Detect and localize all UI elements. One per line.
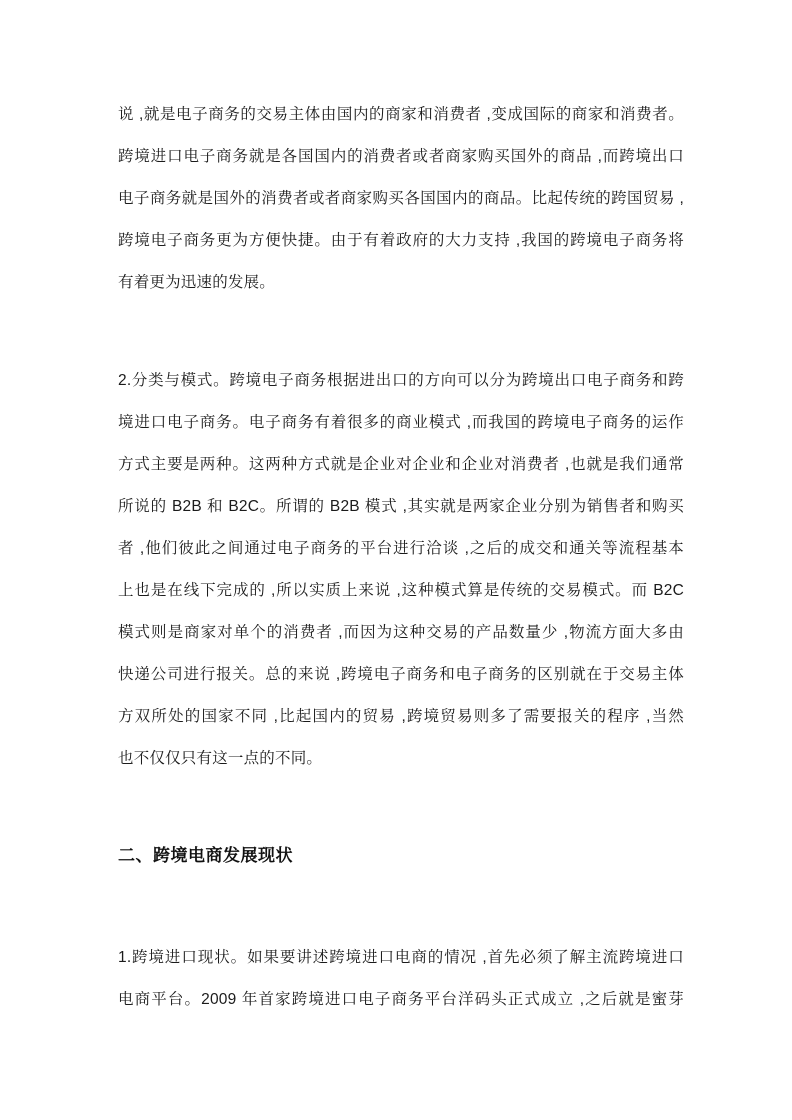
text-line: 跨境电子商务更为方便快捷。由于有着政府的大力支持 ,我国的跨境电子商务将 [118, 220, 684, 262]
text-line: 跨境进口电子商务就是各国国内的消费者或者商家购买国外的商品 ,而跨境出口 [118, 136, 684, 178]
text-line: 所说的 B2B 和 B2C。所谓的 B2B 模式 ,其实就是两家企业分别为销售者… [118, 486, 684, 528]
paragraph-import-status: 1.跨境进口现状。如果要讲述跨境进口电商的情况 ,首先必须了解主流跨境进口电商平… [118, 937, 684, 1021]
text-line: 上也是在线下完成的 ,所以实质上来说 ,这种模式算是传统的交易模式。而 B2C [118, 570, 684, 612]
text-line: 说 ,就是电子商务的交易主体由国内的商家和消费者 ,变成国际的商家和消费者。 [118, 94, 684, 136]
text-line: 方双所处的国家不同 ,比起国内的贸易 ,跨境贸易则多了需要报关的程序 ,当然 [118, 696, 684, 738]
text-line: 1.跨境进口现状。如果要讲述跨境进口电商的情况 ,首先必须了解主流跨境进口 [118, 937, 684, 979]
text-line: 者 ,他们彼此之间通过电子商务的平台进行洽谈 ,之后的成交和通关等流程基本 [118, 528, 684, 570]
text-line: 有着更为迅速的发展。 [118, 262, 684, 304]
text-line: 也不仅仅只有这一点的不同。 [118, 738, 684, 780]
text-line: 电子商务就是国外的消费者或者商家购买各国国内的商品。比起传统的跨国贸易 , [118, 178, 684, 220]
text-line: 2.分类与模式。跨境电子商务根据进出口的方向可以分为跨境出口电子商务和跨 [118, 360, 684, 402]
paragraph-classification-modes: 2.分类与模式。跨境电子商务根据进出口的方向可以分为跨境出口电子商务和跨境进口电… [118, 360, 684, 780]
text-line: 电商平台。2009 年首家跨境进口电子商务平台洋码头正式成立 ,之后就是蜜芽 [118, 979, 684, 1021]
paragraph-definition: 说 ,就是电子商务的交易主体由国内的商家和消费者 ,变成国际的商家和消费者。跨境… [118, 94, 684, 304]
text-line: 模式则是商家对单个的消费者 ,而因为这种交易的产品数量少 ,物流方面大多由 [118, 612, 684, 654]
text-line: 快递公司进行报关。总的来说 ,跨境电子商务和电子商务的区别就在于交易主体 [118, 654, 684, 696]
text-line: 境进口电子商务。电子商务有着很多的商业模式 ,而我国的跨境电子商务的运作 [118, 402, 684, 444]
document-page: 说 ,就是电子商务的交易主体由国内的商家和消费者 ,变成国际的商家和消费者。跨境… [0, 0, 792, 1120]
text-line: 方式主要是两种。这两种方式就是企业对企业和企业对消费者 ,也就是我们通常 [118, 444, 684, 486]
section-heading: 二、跨境电商发展现状 [118, 843, 684, 869]
